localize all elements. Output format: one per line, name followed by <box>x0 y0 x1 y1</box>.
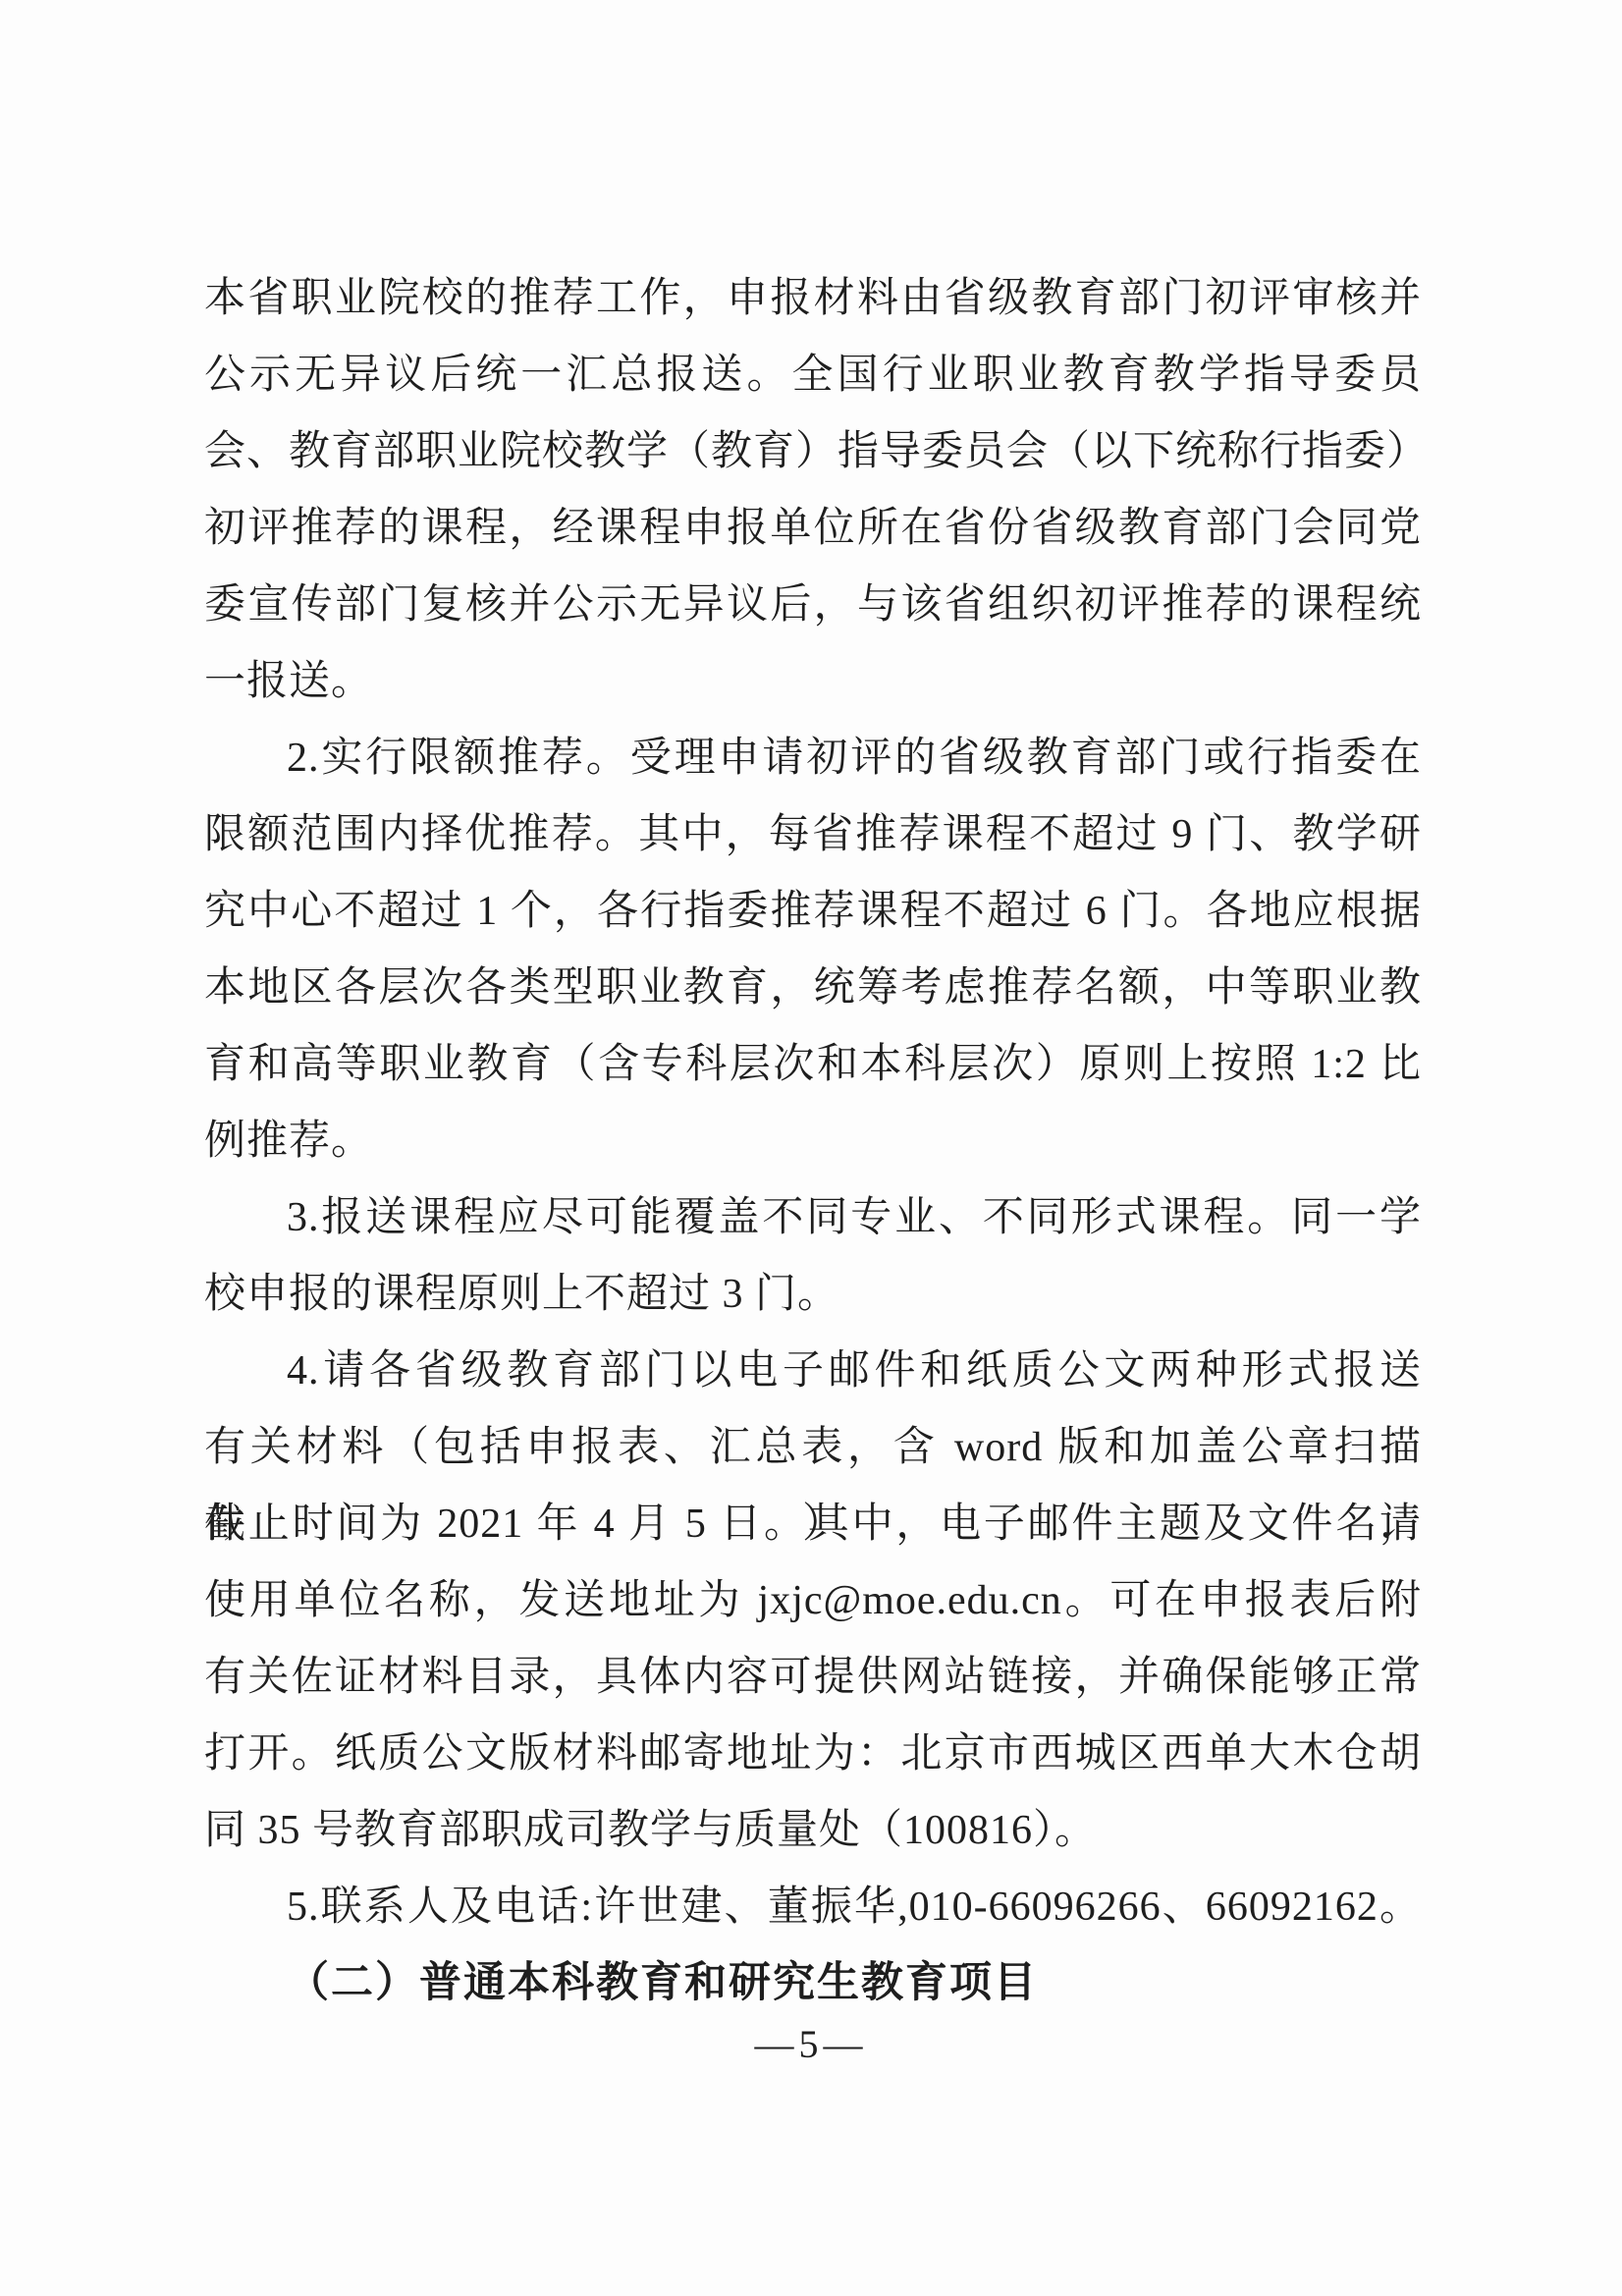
body-line: 截止时间为 2021 年 4 月 5 日。其中，电子邮件主题及文件名请 <box>204 1486 1422 1562</box>
body-line: 使用单位名称，发送地址为 jxjc@moe.edu.cn。可在申报表后附 <box>204 1562 1422 1639</box>
body-line: 校申报的课程原则上不超过 3 门。 <box>204 1256 1422 1333</box>
body-line: 本省职业院校的推荐工作，申报材料由省级教育部门初评审核并 <box>204 260 1422 337</box>
page-number: —5— <box>0 2013 1622 2076</box>
body-line: 4.请各省级教育部门以电子邮件和纸质公文两种形式报送 <box>204 1333 1422 1409</box>
body-line: 例推荐。 <box>204 1103 1422 1179</box>
body-line: 同 35 号教育部职成司教学与质量处（100816）。 <box>204 1792 1422 1869</box>
body-line: 有关佐证材料目录，具体内容可提供网站链接，并确保能够正常 <box>204 1639 1422 1716</box>
body-line: 委宣传部门复核并公示无异议后，与该省组织初评推荐的课程统 <box>204 567 1422 643</box>
body-line: 有关材料（包括申报表、汇总表，含 word 版和加盖公章扫描件）， <box>204 1409 1422 1486</box>
body-line: 本地区各层次各类型职业教育，统筹考虑推荐名额，中等职业教 <box>204 950 1422 1026</box>
body-line: 5.联系人及电话:许世建、董振华,010-66096266、66092162。 <box>204 1869 1422 1945</box>
body-line: 限额范围内择优推荐。其中，每省推荐课程不超过 9 门、教学研 <box>204 796 1422 873</box>
body-line: 育和高等职业教育（含专科层次和本科层次）原则上按照 1:2 比 <box>204 1026 1422 1103</box>
body-line: 打开。纸质公文版材料邮寄地址为：北京市西城区西单大木仓胡 <box>204 1716 1422 1792</box>
body-line: 初评推荐的课程，经课程申报单位所在省份省级教育部门会同党 <box>204 490 1422 567</box>
body-line: 公示无异议后统一汇总报送。全国行业职业教育教学指导委员 <box>204 337 1422 413</box>
body-line: 一报送。 <box>204 643 1422 720</box>
body-line: 3.报送课程应尽可能覆盖不同专业、不同形式课程。同一学 <box>204 1179 1422 1256</box>
body-text-block: 本省职业院校的推荐工作，申报材料由省级教育部门初评审核并 公示无异议后统一汇总报… <box>204 260 1422 2022</box>
document-page: 本省职业院校的推荐工作，申报材料由省级教育部门初评审核并 公示无异议后统一汇总报… <box>0 0 1622 2296</box>
body-line: 究中心不超过 1 个，各行指委推荐课程不超过 6 门。各地应根据 <box>204 873 1422 950</box>
section-heading: （二）普通本科教育和研究生教育项目 <box>204 1945 1422 2022</box>
body-line: 会、教育部职业院校教学（教育）指导委员会（以下统称行指委） <box>204 413 1422 490</box>
body-line: 2.实行限额推荐。受理申请初评的省级教育部门或行指委在 <box>204 720 1422 796</box>
